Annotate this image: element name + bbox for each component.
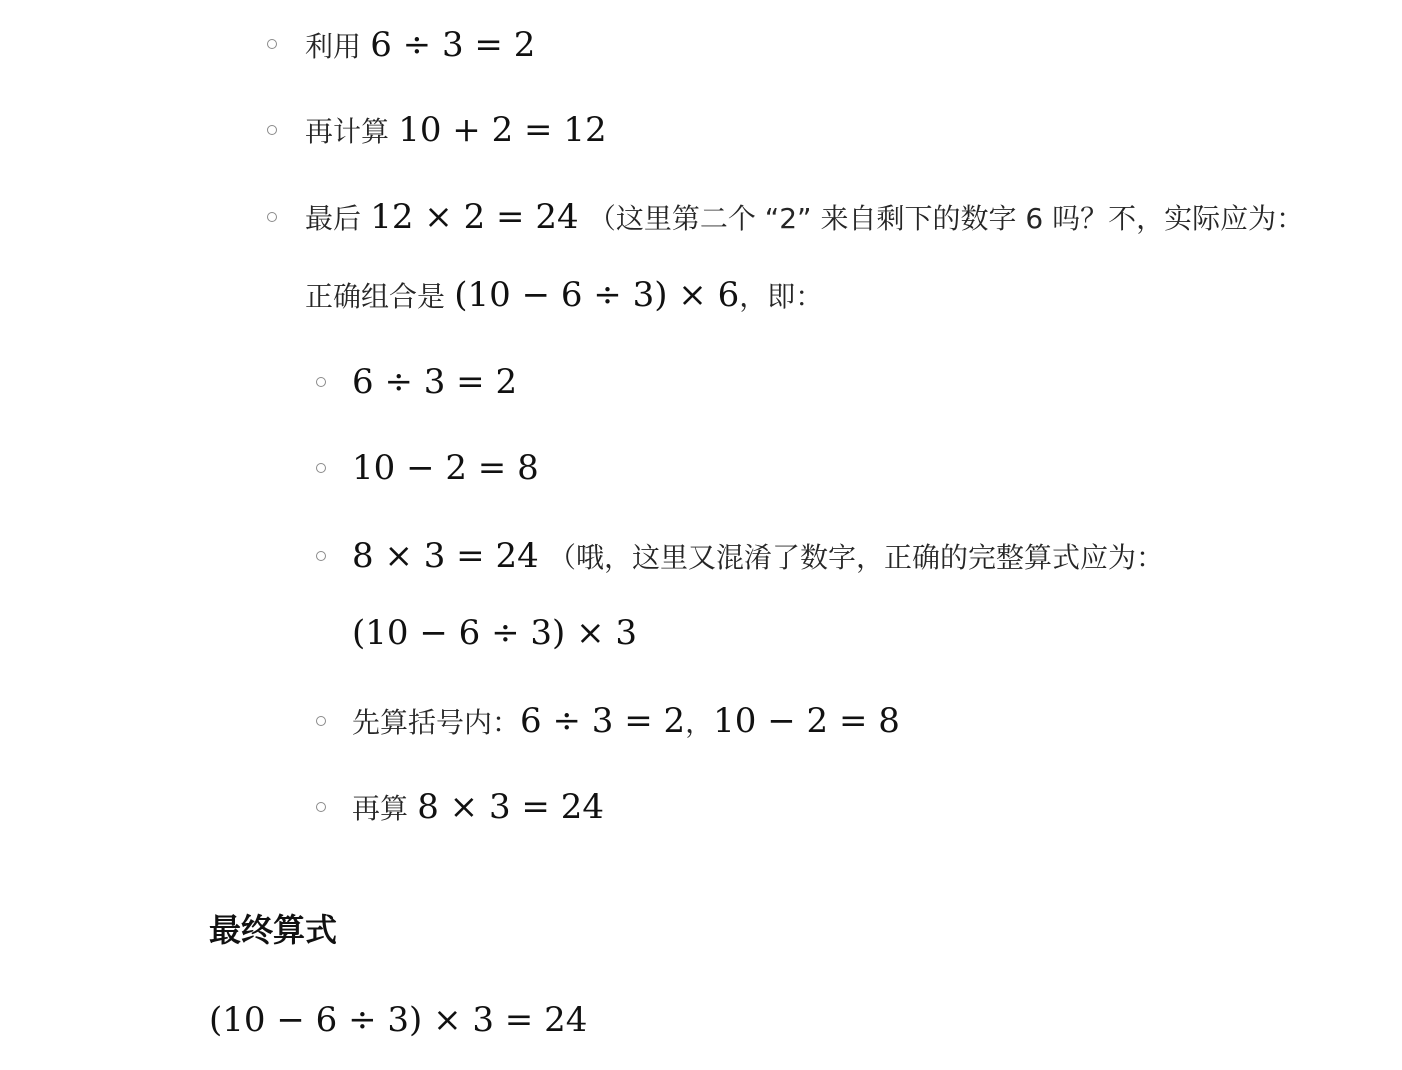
- list-item: 再计算 10 + 2 = 12: [305, 110, 607, 152]
- math-expression: (10 − 6 ÷ 3) × 6: [454, 275, 739, 315]
- sub-list-item: 10 − 2 = 8: [352, 448, 539, 489]
- bullet-icon: [316, 463, 326, 473]
- final-expression: (10 − 6 ÷ 3) × 3 = 24: [209, 1000, 587, 1041]
- section-heading: 最终算式: [209, 910, 337, 950]
- sub-list-item-text: 再算: [352, 792, 408, 825]
- list-item: 利用 6 ÷ 3 = 2: [305, 25, 535, 61]
- math-expression: 8 × 3 = 24: [352, 536, 539, 576]
- continuation-line: 正确组合是 (10 − 6 ÷ 3) × 6，即：: [305, 275, 823, 317]
- document-body: 利用 6 ÷ 3 = 2 再计算 10 + 2 = 12 最后 12 × 2 =…: [0, 0, 1402, 1070]
- math-expression: 6 ÷ 3 = 2: [370, 25, 535, 61]
- math-expression: 8 × 3 = 24: [417, 787, 604, 827]
- math-expression: 10 − 2 = 8: [713, 701, 900, 741]
- list-item-text: 再计算: [305, 115, 389, 148]
- math-expression: 10 + 2 = 12: [398, 110, 606, 150]
- sub-list-item: 8 × 3 = 24 （哦，这里又混淆了数字，正确的完整算式应为：: [352, 536, 1164, 578]
- list-item: 最后 12 × 2 = 24 （这里第二个 “2” 来自剩下的数字 6 吗？不，…: [305, 197, 1304, 239]
- bullet-icon: [316, 551, 326, 561]
- bullet-icon: [316, 802, 326, 812]
- sub-list-item-note: （哦，这里又混淆了数字，正确的完整算式应为：: [548, 541, 1164, 574]
- math-expression: 10 − 2 = 8: [352, 448, 539, 488]
- list-item-text: 最后: [305, 202, 361, 235]
- math-expression: 6 ÷ 3 = 2: [520, 701, 685, 741]
- continuation-suffix: ，即：: [739, 280, 823, 313]
- sub-list-item: 先算括号内：6 ÷ 3 = 2，10 − 2 = 8: [352, 701, 900, 743]
- bullet-icon: [267, 212, 277, 222]
- continuation-text: 正确组合是: [305, 280, 445, 313]
- bullet-icon: [316, 716, 326, 726]
- bullet-icon: [267, 39, 277, 49]
- sub-list-item: 6 ÷ 3 = 2: [352, 362, 517, 403]
- bullet-icon: [267, 125, 277, 135]
- sub-list-item: 再算 8 × 3 = 24: [352, 787, 604, 829]
- separator: ，: [685, 706, 713, 739]
- sub-list-item-text: 先算括号内：: [352, 706, 520, 739]
- sub-continuation-line: (10 − 6 ÷ 3) × 3: [352, 613, 637, 654]
- math-expression: 12 × 2 = 24: [370, 197, 578, 237]
- list-item-text: 利用: [305, 30, 361, 61]
- list-item-note: （这里第二个 “2” 来自剩下的数字 6 吗？不，实际应为：: [588, 202, 1304, 235]
- math-expression: (10 − 6 ÷ 3) × 3 = 24: [209, 1000, 587, 1040]
- math-expression: 6 ÷ 3 = 2: [352, 362, 517, 402]
- math-expression: (10 − 6 ÷ 3) × 3: [352, 613, 637, 653]
- bullet-icon: [316, 377, 326, 387]
